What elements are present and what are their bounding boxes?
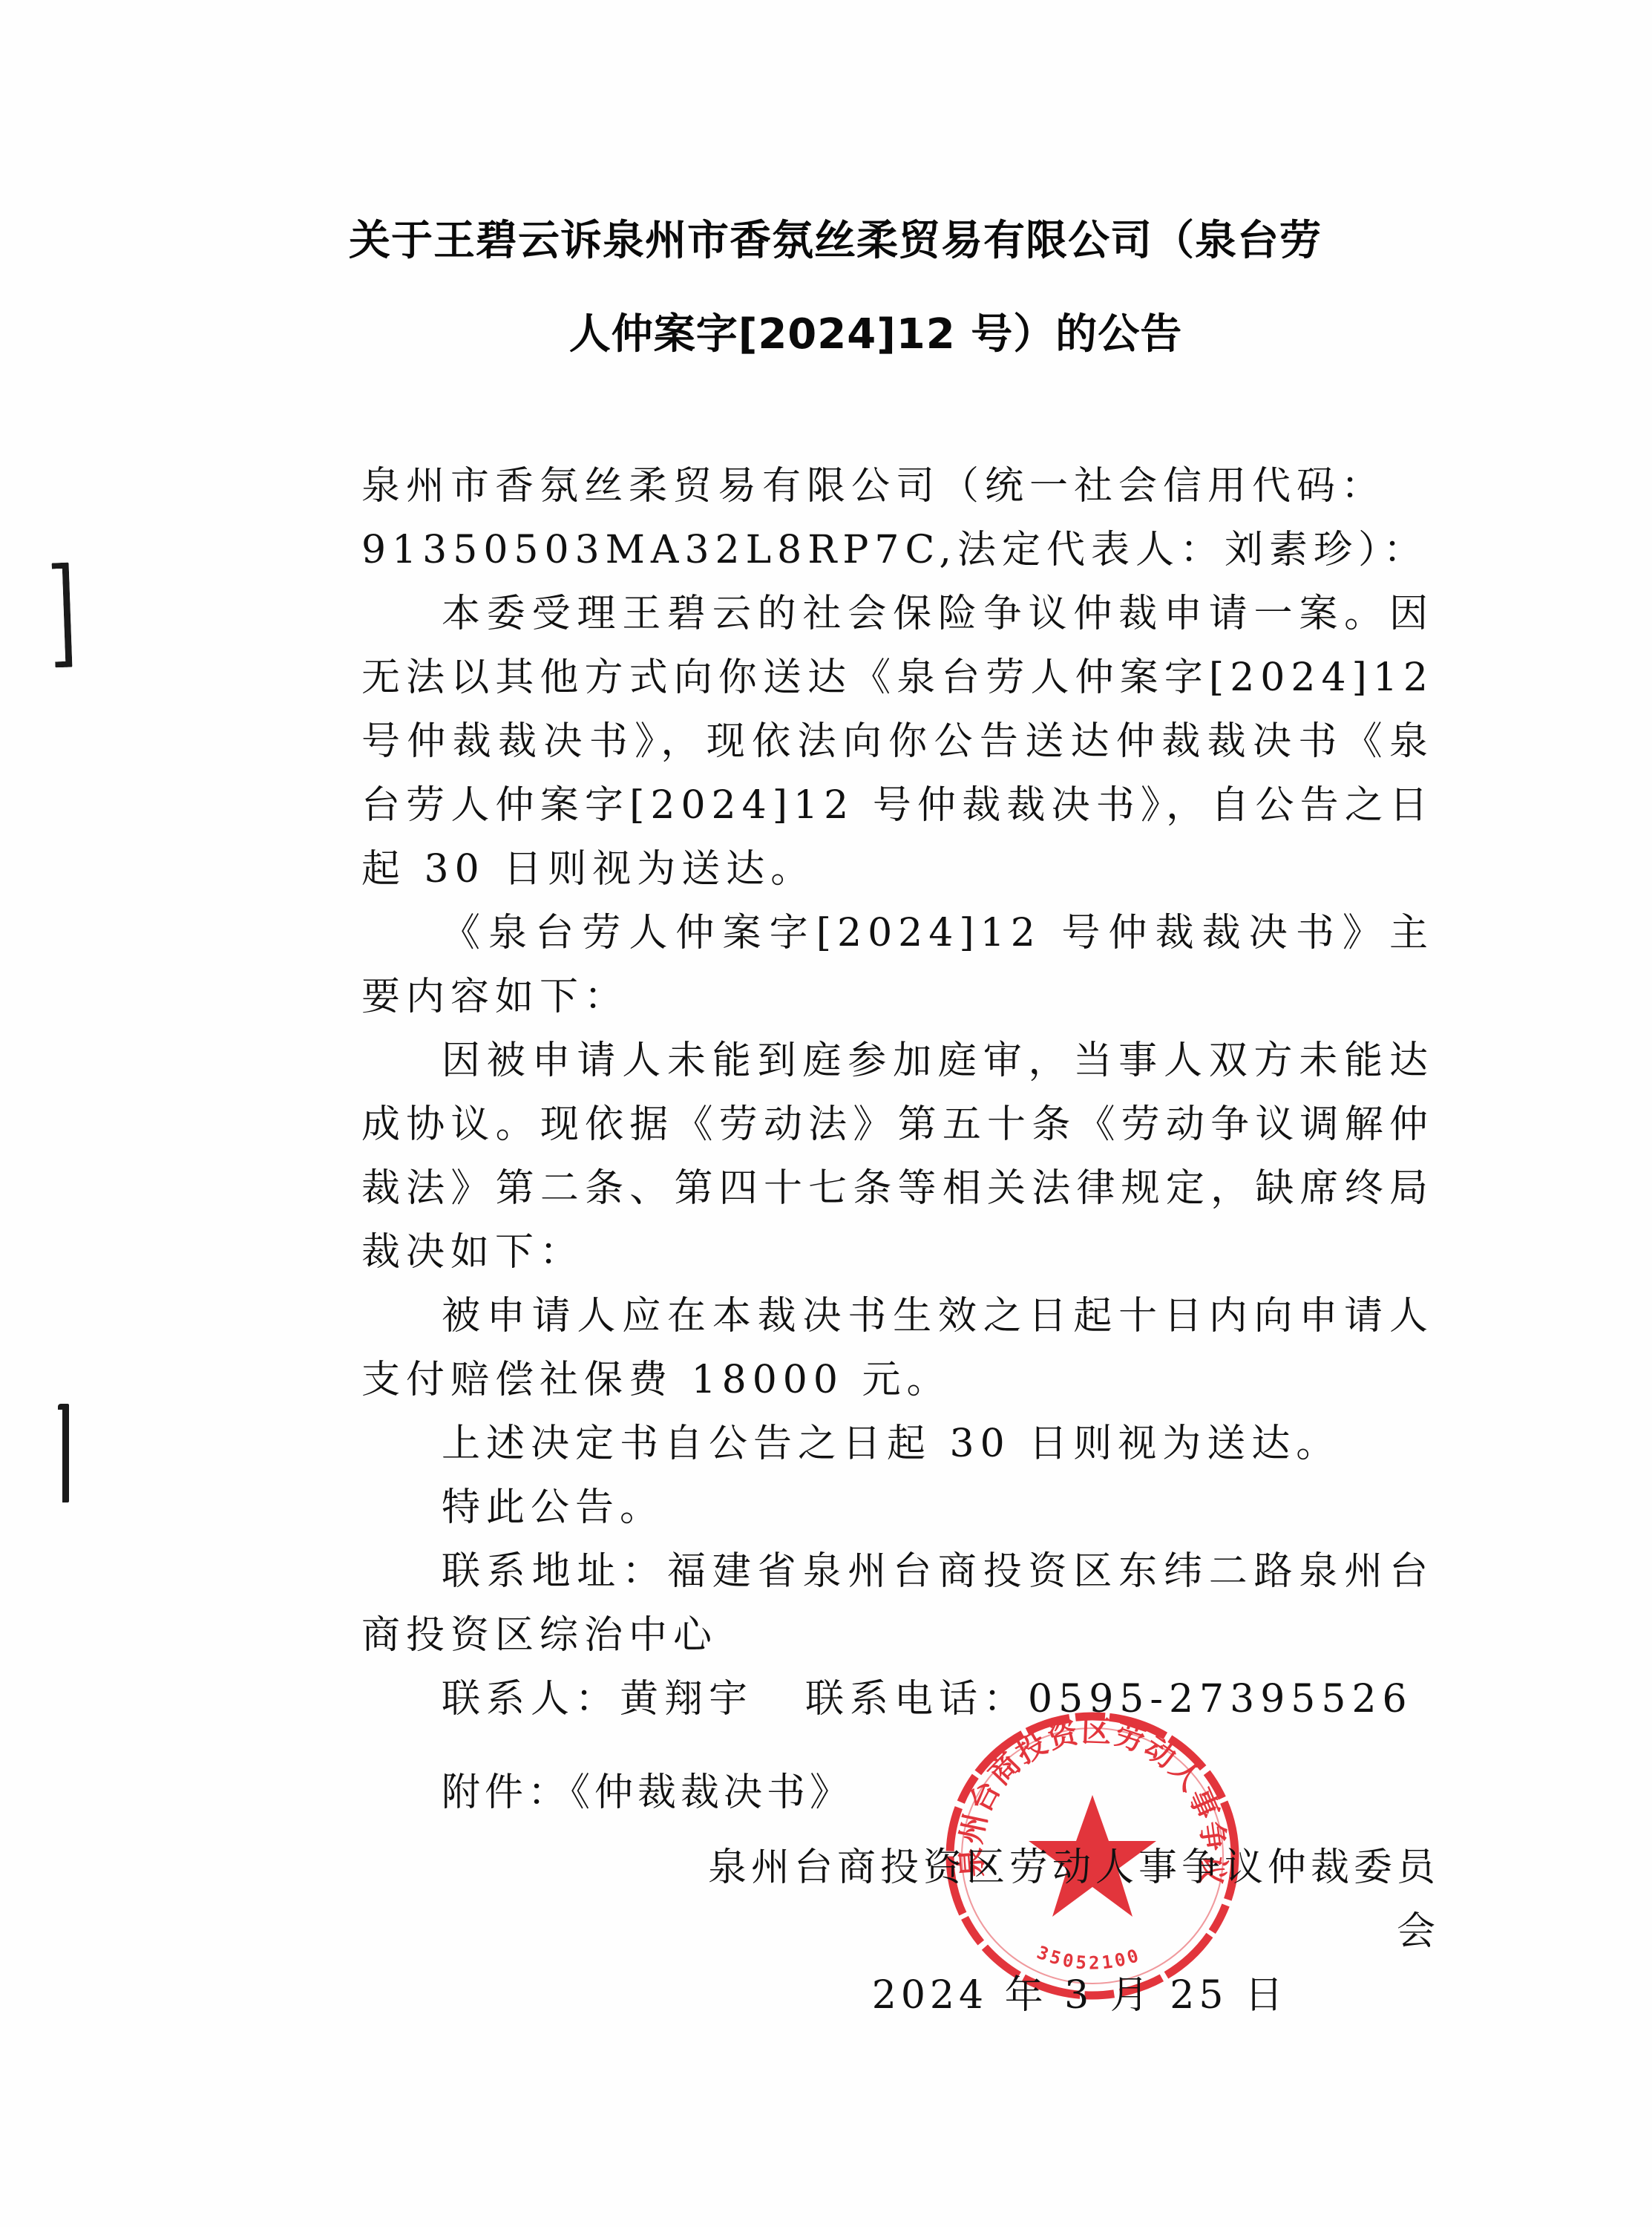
addressee-line-1: 泉州市香氛丝柔贸易有限公司（统一社会信用代码： bbox=[361, 454, 1434, 518]
paragraph-basis: 因被申请人未能到庭参加庭审，当事人双方未能达成协议。现依据《劳动法》第五十条《劳… bbox=[361, 1029, 1434, 1284]
contact-person-label: 联系人： bbox=[442, 1677, 620, 1721]
title-line-1: 关于王碧云诉泉州市香氛丝柔贸易有限公司（泉台劳 bbox=[349, 194, 1432, 288]
attachment-note: 附件：《仲裁裁决书》 bbox=[442, 1761, 853, 1825]
document-body: 泉州市香氛丝柔贸易有限公司（统一社会信用代码： 91350503MA32L8RP… bbox=[361, 454, 1434, 1731]
addressee-line-2: 91350503MA32L8RP7C,法定代表人：刘素珍）： bbox=[361, 518, 1434, 582]
paragraph-service: 本委受理王碧云的社会保险争议仲裁申请一案。因无法以其他方式向你送达《泉台劳人仲案… bbox=[361, 582, 1434, 901]
contact-address: 联系地址：福建省泉州台商投资区东纬二路泉州台商投资区综治中心 bbox=[361, 1540, 1434, 1667]
contact-line: 联系人：黄翔宇联系电话：0595-27395526 bbox=[361, 1667, 1434, 1731]
binding-mark-top bbox=[52, 563, 73, 668]
title-line-2: 人仲案字[2024]12 号）的公告 bbox=[349, 288, 1432, 382]
paragraph-service-deadline: 上述决定书自公告之日起 30 日则视为送达。 bbox=[361, 1412, 1434, 1476]
paragraph-main-content: 《泉台劳人仲案字[2024]12 号仲裁裁决书》主要内容如下： bbox=[361, 901, 1434, 1029]
signature-block: 泉州台商投资区劳动人事争议仲裁委员会 2024 年 3 月 25 日 bbox=[690, 1836, 1440, 2027]
binding-mark-bottom bbox=[58, 1404, 69, 1502]
issuing-organization: 泉州台商投资区劳动人事争议仲裁委员会 bbox=[708, 1845, 1440, 1954]
paragraph-ruling: 被申请人应在本裁决书生效之日起十日内向申请人支付赔偿社保费 18000 元。 bbox=[361, 1284, 1434, 1412]
contact-person: 黄翔宇 bbox=[620, 1677, 753, 1721]
document-page: 关于王碧云诉泉州市香氛丝柔贸易有限公司（泉台劳 人仲案字[2024]12 号）的… bbox=[0, 0, 1652, 2227]
document-title: 关于王碧云诉泉州市香氛丝柔贸易有限公司（泉台劳 人仲案字[2024]12 号）的… bbox=[349, 194, 1432, 382]
paragraph-announcement: 特此公告。 bbox=[361, 1476, 1434, 1540]
issue-date: 2024 年 3 月 25 日 bbox=[690, 1963, 1440, 2027]
